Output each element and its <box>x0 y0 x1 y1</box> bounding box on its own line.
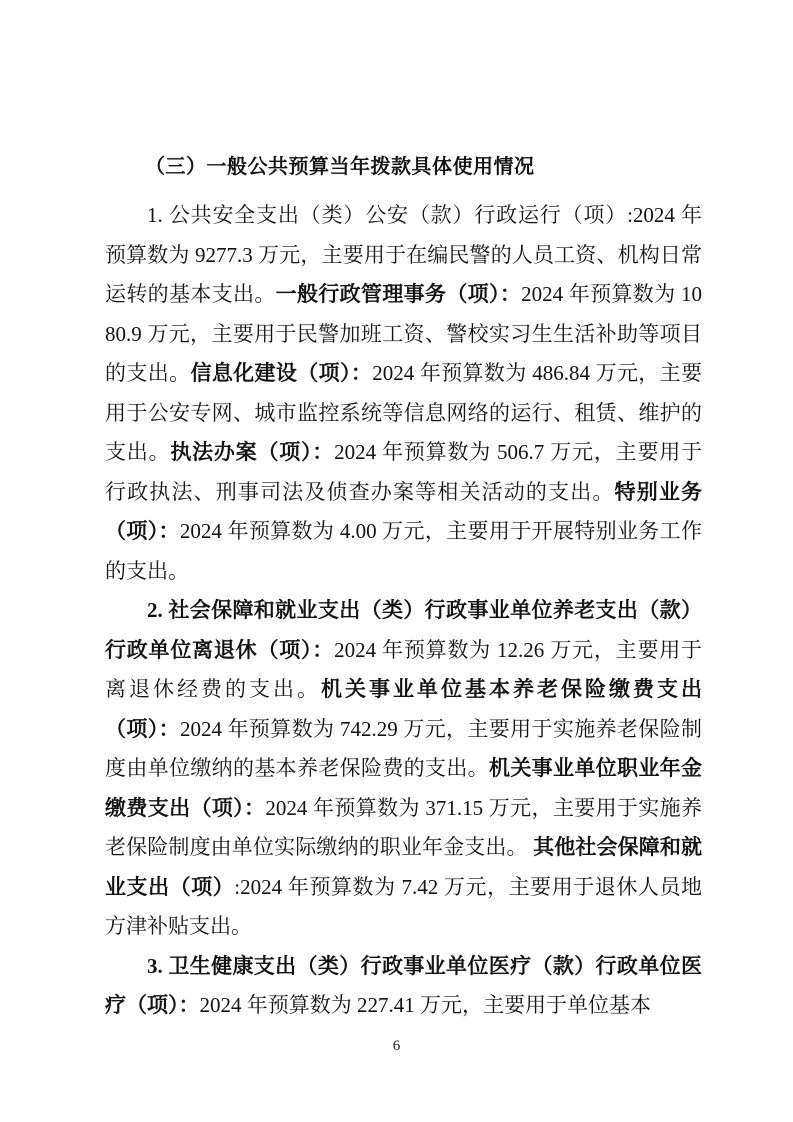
text-run-bold: 执法办案（项）： <box>170 440 334 464</box>
paragraph-social-security: 2. 社会保障和就业支出（类）行政事业单位养老支出（款）行政单位离退休（项）：2… <box>105 591 702 947</box>
document-page: （三）一般公共预算当年拨款具体使用情况 1. 公共安全支出（类）公安（款）行政运… <box>0 0 793 1122</box>
paragraph-public-safety: 1. 公共安全支出（类）公安（款）行政运行（项）:2024 年预算数为 9277… <box>105 196 702 591</box>
page-content: （三）一般公共预算当年拨款具体使用情况 1. 公共安全支出（类）公安（款）行政运… <box>105 147 702 1026</box>
text-run: 2024 年预算数为 4.00 万元，主要用于开展特别业务工作的支出。 <box>105 519 702 583</box>
text-run: 2024 年预算数为 227.41 万元，主要用于单位基本 <box>200 993 652 1017</box>
text-run-bold: 一般行政管理事务（项）： <box>276 282 522 306</box>
paragraph-health: 3. 卫生健康支出（类）行政事业单位医疗（款）行政单位医疗（项）：2024 年预… <box>105 947 702 1026</box>
text-run-bold: 信息化建设（项）： <box>190 361 372 385</box>
section-heading: （三）一般公共预算当年拨款具体使用情况 <box>105 147 702 187</box>
page-number: 6 <box>0 1038 793 1055</box>
